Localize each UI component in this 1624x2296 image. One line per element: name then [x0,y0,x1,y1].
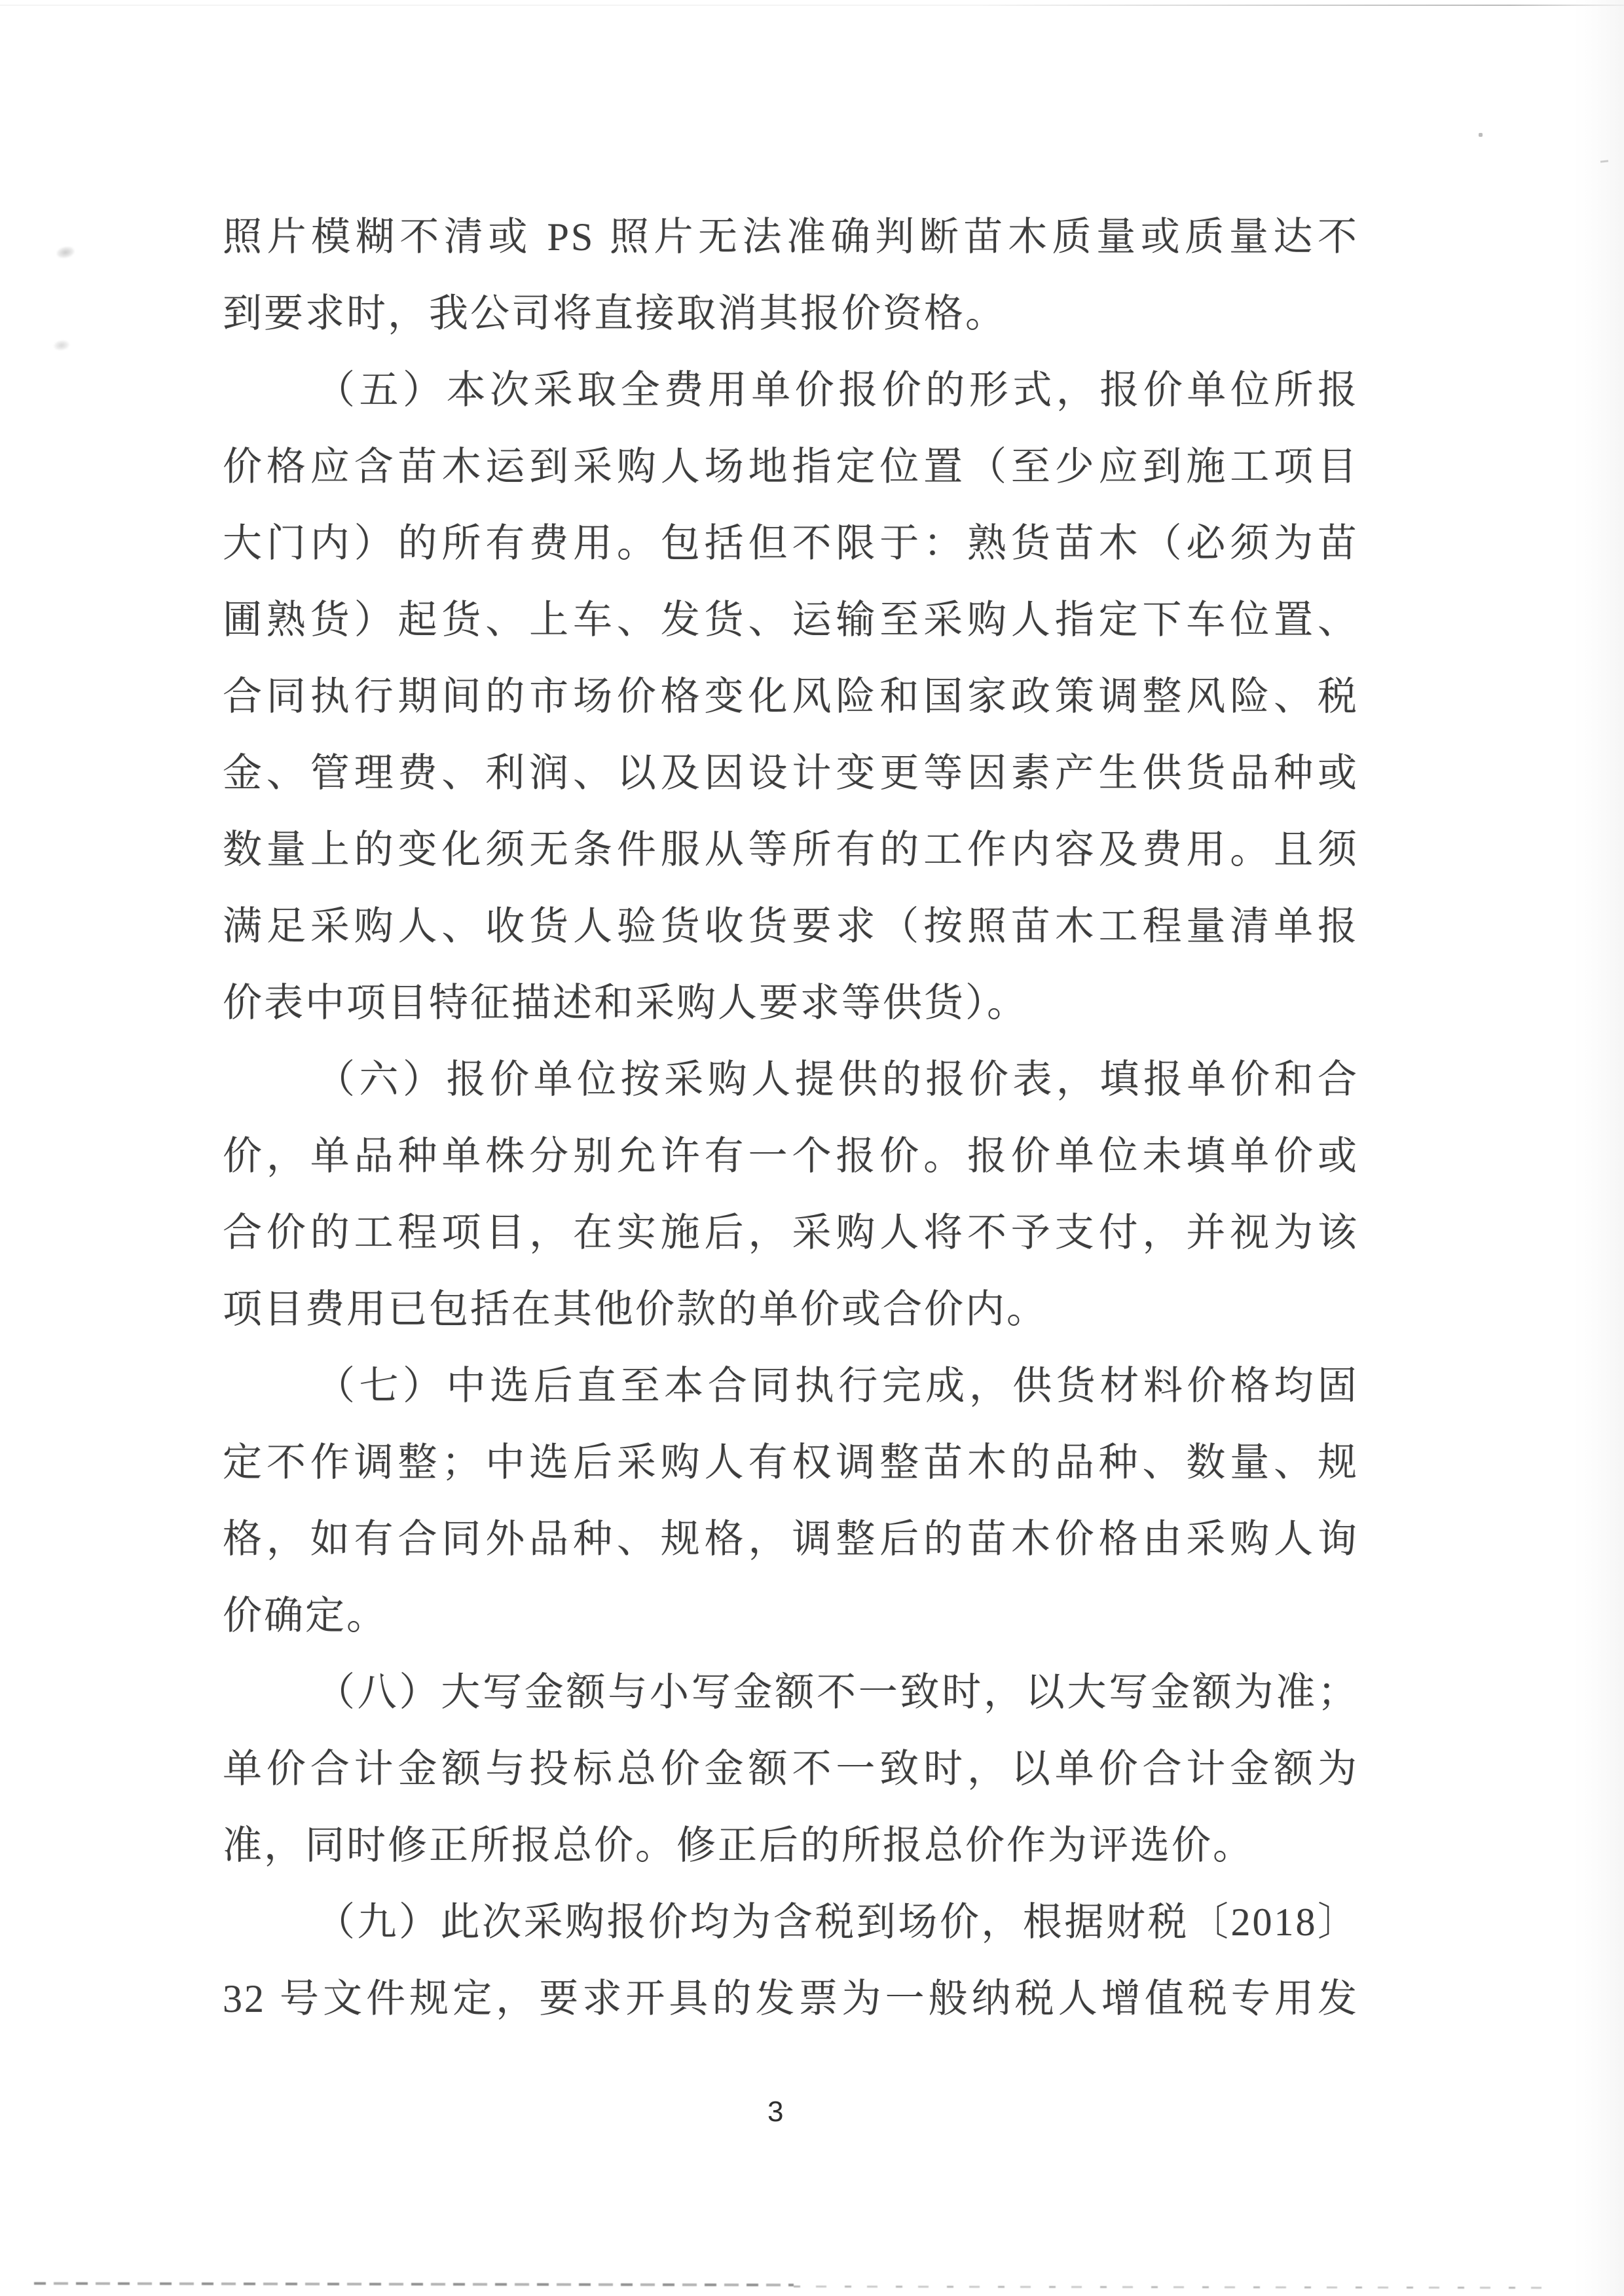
doc-line: 照片模糊不清或 PS 照片无法准确判断苗木质量或质量达不 [223,199,1359,276]
scan-bottom-edge-artifact [34,2282,794,2286]
doc-line: 金、管理费、利润、以及因设计变更等因素产生供货品种或 [223,735,1359,812]
doc-line: 大门内）的所有费用。包括但不限于：熟货苗木（必须为苗 [223,505,1359,582]
scan-speck [1600,160,1608,162]
margin-smudge [53,339,70,351]
scan-top-edge-artifact [0,5,1624,6]
doc-line: 单价合计金额与投标总价金额不一致时，以单价合计金额为 [223,1731,1359,1808]
scan-bottom-edge-artifact [794,2286,1547,2289]
doc-line: 数量上的变化须无条件服从等所有的工作内容及费用。且须 [223,812,1359,888]
doc-line: 到要求时，我公司将直接取消其报价资格。 [223,276,1359,352]
doc-line: 准，同时修正所报总价。修正后的所报总价作为评选价。 [223,1808,1359,1884]
doc-line: 合价的工程项目，在实施后，采购人将不予支付，并视为该 [223,1195,1359,1271]
page-number: 3 [767,2092,807,2132]
doc-line: 定不作调整；中选后采购人有权调整苗木的品种、数量、规 [223,1425,1359,1501]
doc-line: 满足采购人、收货人验货收货要求（按照苗木工程量清单报 [223,888,1359,965]
doc-line: （七）中选后直至本合同执行完成，供货材料价格均固 [223,1348,1359,1425]
doc-line: 项目费用已包括在其他价款的单价或合价内。 [223,1271,1359,1348]
document-body-text: 照片模糊不清或 PS 照片无法准确判断苗木质量或质量达不 到要求时，我公司将直接… [223,199,1359,2037]
scan-right-shade-artifact [1573,0,1624,2296]
doc-line: 圃熟货）起货、上车、发货、运输至采购人指定下车位置、 [223,582,1359,659]
scanned-document-page: 照片模糊不清或 PS 照片无法准确判断苗木质量或质量达不 到要求时，我公司将直接… [0,0,1624,2296]
doc-line: 32 号文件规定，要求开具的发票为一般纳税人增值税专用发 [223,1961,1359,2037]
doc-line: （九）此次采购报价均为含税到场价，根据财税〔2018〕 [223,1884,1359,1961]
margin-smudge [56,245,76,259]
doc-line: 价确定。 [223,1578,1359,1654]
doc-line: 合同执行期间的市场价格变化风险和国家政策调整风险、税 [223,659,1359,735]
doc-line: （八）大写金额与小写金额不一致时，以大写金额为准； [223,1654,1359,1731]
scan-speck [1479,133,1483,137]
doc-line: （六）报价单位按采购人提供的报价表，填报单价和合 [223,1042,1359,1118]
doc-line: （五）本次采取全费用单价报价的形式，报价单位所报 [223,352,1359,429]
doc-line: 价格应含苗木运到采购人场地指定位置（至少应到施工项目 [223,429,1359,505]
doc-line: 价表中项目特征描述和采购人要求等供货）。 [223,965,1359,1042]
doc-line: 格，如有合同外品种、规格，调整后的苗木价格由采购人询 [223,1501,1359,1578]
doc-line: 价，单品种单株分别允许有一个报价。报价单位未填单价或 [223,1118,1359,1195]
